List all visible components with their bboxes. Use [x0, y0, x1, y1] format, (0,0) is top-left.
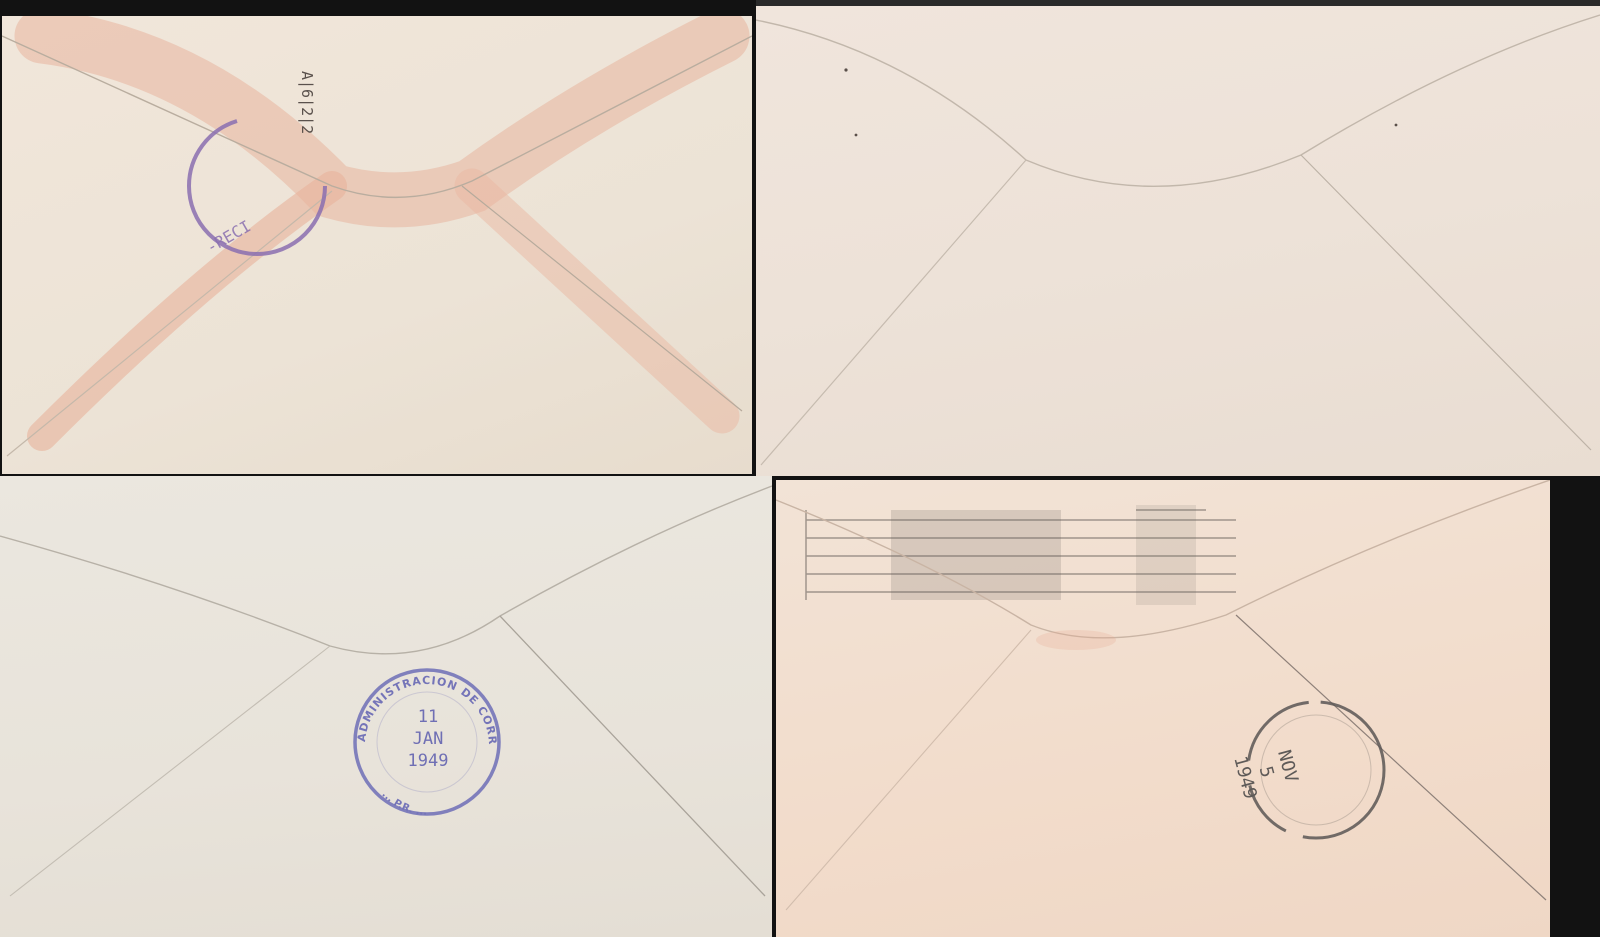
envelope-bottom-right: NOV 5 1949	[776, 480, 1550, 937]
envelope-bottom-left: ADMINISTRACION DE CORREOS ... P.R. ... 1…	[0, 476, 772, 937]
postmark-month: JAN	[383, 728, 473, 750]
postmark-year: 1949	[383, 750, 473, 772]
handstamp-text: A|6|2|2	[298, 71, 316, 134]
envelope-flap-lines	[756, 0, 1600, 476]
postmark-date: 11 JAN 1949	[383, 706, 473, 772]
envelope-flap-lines: A|6|2|2 -RECI	[2, 16, 752, 474]
envelope-photo: A|6|2|2 -RECI ADMINI	[0, 0, 1600, 937]
envelope-top-right	[756, 0, 1600, 476]
postmark-day: 11	[383, 706, 473, 728]
envelope-top-left: A|6|2|2 -RECI	[2, 16, 752, 474]
envelope-flap-lines	[776, 480, 1550, 937]
